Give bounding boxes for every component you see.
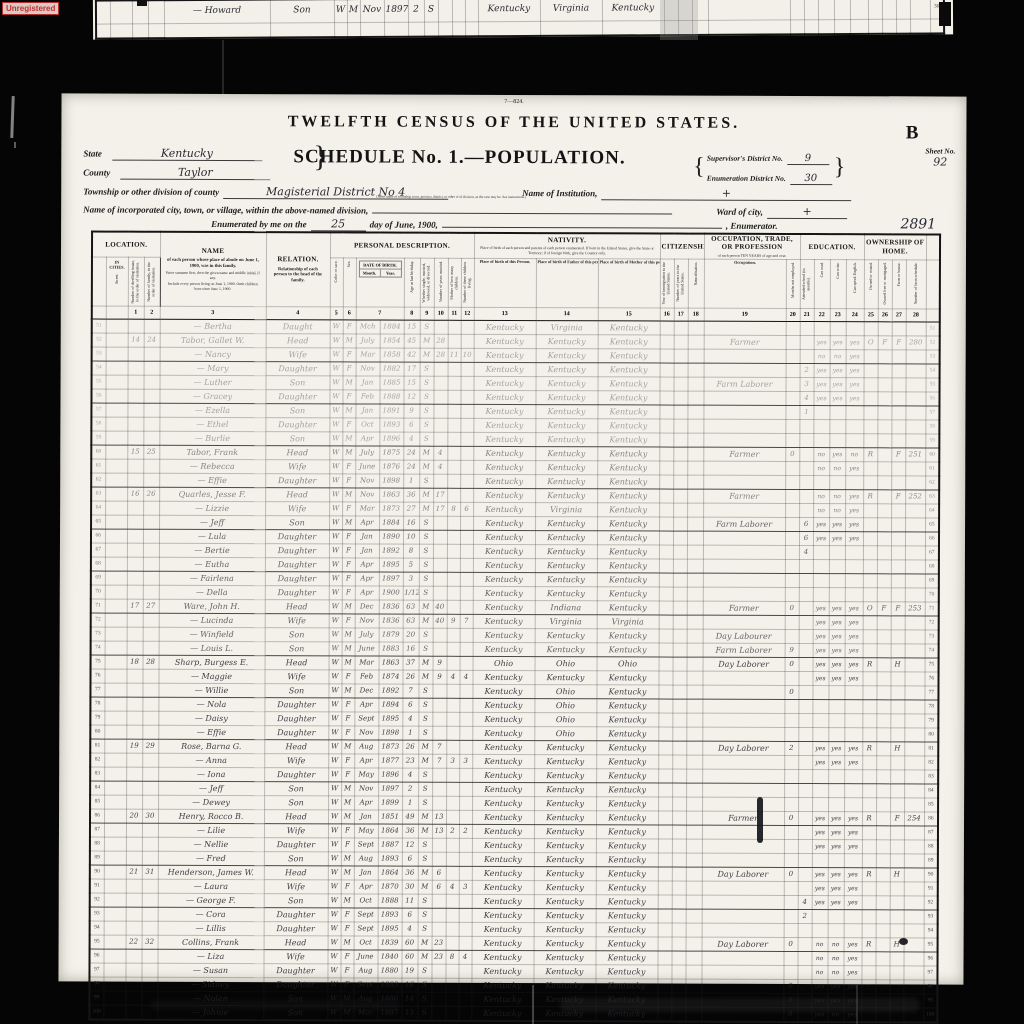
cell (672, 797, 686, 811)
cell: 40 (433, 614, 447, 628)
cell: Daughter (264, 697, 328, 711)
cell: — Lillis (158, 921, 264, 935)
cell (460, 488, 473, 502)
cell: F (341, 697, 354, 711)
cell (798, 839, 812, 853)
cell (688, 349, 704, 363)
sheet-box: Sheet No. 92 (917, 146, 963, 168)
cell: M (347, 0, 360, 22)
cell: F (341, 753, 354, 767)
row-number: 68 (91, 557, 105, 571)
column-header: OWNERSHIP OF HOME. (864, 234, 926, 259)
column-header: RELATION.Relationship of each person to … (266, 232, 330, 306)
row-number: 96 (90, 949, 104, 963)
cell (105, 445, 127, 459)
cell (828, 685, 844, 699)
cell: 5 (403, 558, 419, 572)
row-number: 87 (90, 823, 104, 837)
cell: 30 (142, 809, 158, 823)
cell (672, 881, 686, 895)
column-header: Occupation. (704, 259, 786, 308)
cell: 11 (402, 894, 418, 908)
cell (785, 461, 799, 475)
row-number: 70 (91, 585, 105, 599)
cell (845, 545, 863, 559)
cell: yes (814, 391, 830, 405)
cell: 1882 (380, 362, 404, 376)
cell: IN CITIES. (107, 257, 126, 272)
row-number: 52 (92, 333, 106, 347)
cell (892, 363, 906, 377)
cell: Kentucky (473, 572, 535, 586)
cell (106, 319, 128, 333)
cell: Kentucky (536, 334, 598, 348)
cell: Kentucky (472, 740, 534, 754)
cell (878, 349, 892, 363)
cell (876, 867, 890, 881)
cell (424, 22, 438, 37)
cell (433, 404, 447, 418)
cell: Kentucky (598, 362, 660, 376)
cell (863, 419, 877, 433)
cell (687, 419, 703, 433)
cell (148, 23, 164, 38)
column-number: 27 (892, 308, 906, 321)
cell: yes (812, 881, 828, 895)
row-number: 51 (926, 321, 940, 335)
cell: Kentucky (533, 978, 595, 992)
cell: 9 (433, 656, 447, 670)
cell: M (418, 810, 432, 824)
row-number: 90 (924, 867, 938, 881)
cell (433, 544, 447, 558)
cell (459, 684, 472, 698)
column-header: Number of years married. (434, 258, 448, 307)
cell: Farmer (703, 447, 785, 461)
cell: yes (844, 895, 862, 909)
cell (657, 979, 671, 993)
cell (674, 349, 688, 363)
cell (799, 629, 813, 643)
cell: Kentucky (473, 460, 535, 474)
cell: W (329, 655, 342, 669)
cell (446, 712, 459, 726)
sheet-value: 92 (917, 155, 963, 168)
cell (702, 909, 784, 923)
cell (798, 825, 812, 839)
cell: W (329, 627, 342, 641)
cell (105, 571, 127, 585)
row-number: 66 (925, 531, 939, 545)
cell: yes (814, 363, 830, 377)
cell (862, 713, 876, 727)
cell: 1840 (378, 950, 402, 964)
cell: July (356, 333, 380, 347)
cell (800, 321, 814, 335)
cell (687, 545, 703, 559)
cell (798, 685, 812, 699)
cell: O (864, 335, 878, 349)
cell (862, 755, 876, 769)
cell (143, 389, 159, 403)
cell: W (330, 333, 343, 347)
cell: Kentucky (471, 964, 533, 978)
cell (891, 405, 905, 419)
row-number: 93 (90, 907, 104, 921)
cell: Oct (354, 893, 378, 907)
enumerated-mid-label: day of June, 1900, (370, 219, 438, 229)
cell (812, 685, 828, 699)
cell: 45 (404, 334, 420, 348)
cell: 42 (404, 348, 420, 362)
cell: 1895 (379, 558, 403, 572)
cell: Kentucky (473, 614, 535, 628)
cell (862, 783, 876, 797)
cell (708, 19, 790, 34)
cell: 14 (128, 333, 144, 347)
cell: S (419, 474, 433, 488)
cell (702, 685, 784, 699)
cell: Kentucky (596, 684, 658, 698)
cell: 24 (144, 333, 160, 347)
cell: Kentucky (472, 712, 534, 726)
cell (104, 739, 126, 753)
cell (104, 935, 126, 949)
cell: Attended school (in months). (802, 262, 811, 306)
cell: W (330, 347, 343, 361)
cell: yes (844, 937, 862, 951)
cell (877, 461, 891, 475)
cell (844, 713, 862, 727)
cell: EDUCATION. (802, 243, 863, 252)
cell (126, 823, 142, 837)
cell: yes (814, 377, 830, 391)
cell: 6 (460, 502, 473, 516)
cell: M (342, 599, 355, 613)
column-header: Number of family, in the order of visita… (144, 257, 160, 306)
cell: Kentucky (535, 586, 597, 600)
cell: Kentucky (535, 488, 597, 502)
cell: — Luther (160, 375, 266, 389)
cell (104, 781, 126, 795)
column-number: 9 (420, 307, 434, 320)
cell: W (328, 935, 341, 949)
cell (828, 853, 844, 867)
cell (892, 349, 906, 363)
county-label: County (83, 167, 110, 177)
cell: 2 (800, 363, 814, 377)
cell: W (329, 641, 342, 655)
cell (687, 475, 703, 489)
cell: Kentucky (534, 866, 596, 880)
cell: 16 (127, 487, 143, 501)
column-number: 19 (704, 308, 786, 321)
column-number: 8 (404, 307, 420, 320)
cell: 1851 (378, 810, 402, 824)
enumerated-day: 25 (311, 217, 366, 231)
cell: 4 (402, 922, 418, 936)
cell (126, 949, 142, 963)
cell (105, 431, 127, 445)
cell: F (341, 823, 354, 837)
cell: Wife (266, 347, 330, 361)
cell (905, 587, 925, 601)
cell (784, 797, 798, 811)
cell (686, 909, 702, 923)
top-strip-previous-sheet: — HowardSonWMNov18972SKentuckyVirginiaKe… (93, 0, 953, 39)
column-header: Months not employed. (786, 259, 800, 308)
cell: 2 (798, 909, 812, 923)
cell: Kentucky (473, 642, 535, 656)
row-number: 89 (90, 851, 104, 865)
row-number: 91 (90, 879, 104, 893)
cell: 6 (432, 866, 446, 880)
cell: Feb (355, 389, 379, 403)
column-header: Can write. (830, 259, 846, 308)
cell: Street. (115, 274, 120, 284)
cell (460, 404, 473, 418)
cell: Daught (266, 319, 330, 333)
cell: 280 (906, 335, 926, 349)
cell (904, 727, 924, 741)
cell (659, 405, 673, 419)
cell (818, 19, 834, 34)
cell: 2 (784, 741, 798, 755)
cell (672, 727, 686, 741)
cell: Kentucky (471, 978, 533, 992)
cell (797, 979, 811, 993)
cell (818, 0, 834, 19)
cell (127, 557, 143, 571)
cell (144, 347, 160, 361)
cell: Kentucky (534, 768, 596, 782)
cell (447, 446, 460, 460)
row-number: 61 (925, 461, 939, 475)
cell (105, 389, 127, 403)
column-header: Color or race. (330, 257, 343, 306)
cell (876, 755, 890, 769)
cell (904, 699, 924, 713)
cell: W (328, 753, 341, 767)
cell: M (420, 348, 434, 362)
cell (461, 334, 474, 348)
cell: June (355, 641, 379, 655)
cell (143, 473, 159, 487)
cell: Son (264, 795, 328, 809)
cell (905, 503, 925, 517)
cell: Kentucky (534, 936, 596, 950)
cell (446, 796, 459, 810)
cell (144, 319, 160, 333)
cell: Owned free or mortgaged. (883, 262, 888, 304)
cell: Kentucky (473, 418, 535, 432)
cell (834, 0, 850, 19)
cell: 1893 (378, 908, 402, 922)
cell: Kentucky (597, 530, 659, 544)
cell (786, 363, 800, 377)
cell (127, 613, 143, 627)
cell: F (341, 767, 354, 781)
cell (687, 531, 703, 545)
cell (905, 615, 925, 629)
cell (891, 573, 905, 587)
cell (828, 713, 844, 727)
cell (905, 461, 925, 475)
cell (447, 460, 460, 474)
cell (142, 823, 158, 837)
cell (877, 573, 891, 587)
cell: Son (265, 431, 329, 445)
cell (863, 461, 877, 475)
cell: Virginia (536, 320, 598, 334)
cell (447, 418, 460, 432)
cell (891, 433, 905, 447)
cell: — Mary (160, 361, 266, 375)
cell: 3 (800, 377, 814, 391)
cell: Daughter (265, 557, 329, 571)
cell: M (341, 865, 354, 879)
cell: — Lula (159, 529, 265, 543)
cell: Son (266, 375, 330, 389)
cell (862, 909, 876, 923)
row-number: 90 (90, 865, 104, 879)
cell: R (862, 741, 876, 755)
cell: H (890, 741, 904, 755)
cell (784, 699, 798, 713)
cell: Kentucky (536, 362, 598, 376)
form-number: 7—824. (62, 97, 967, 106)
row-number: 56 (91, 389, 105, 403)
cell: Color or race. (334, 260, 339, 282)
cell (812, 699, 828, 713)
cell: Kentucky (471, 1006, 533, 1021)
cell: 253 (905, 601, 925, 615)
cell (830, 321, 846, 335)
cell (863, 475, 877, 489)
cell: yes (844, 811, 862, 825)
cell (660, 335, 674, 349)
cell: W (329, 403, 342, 417)
row-number: 51 (92, 319, 106, 333)
cell: yes (830, 377, 846, 391)
cell: yes (828, 825, 844, 839)
cell: Head (264, 865, 328, 879)
cell (659, 531, 673, 545)
cell: yes (846, 335, 864, 349)
column-header (926, 259, 940, 308)
cell: 1863 (379, 656, 403, 670)
cell: Kentucky (473, 404, 535, 418)
cell: F (341, 669, 354, 683)
cell (104, 795, 126, 809)
cell: 22 (126, 935, 142, 949)
cell (875, 979, 889, 993)
cell: W (328, 767, 341, 781)
cell: 1870 (378, 880, 402, 894)
cell: Kentucky (471, 992, 533, 1006)
column-number: 16 (660, 308, 674, 321)
cell: Ohio (597, 656, 659, 670)
cell: yes (829, 643, 845, 657)
cell: S (418, 684, 432, 698)
cell (127, 585, 143, 599)
cell: Tabor, Frank (159, 445, 265, 459)
cell (142, 921, 158, 935)
cell (673, 671, 687, 685)
cell: S (424, 0, 438, 22)
cell (659, 517, 673, 531)
cell: NAME (161, 246, 264, 255)
column-number: 25 (864, 308, 878, 321)
cell (672, 699, 686, 713)
cell (863, 517, 877, 531)
cell: Kentucky (472, 936, 534, 950)
cell: 1863 (379, 488, 403, 502)
row-number: 55 (92, 375, 106, 389)
cell: yes (845, 671, 863, 685)
cell: Son (265, 403, 329, 417)
cell (905, 517, 925, 531)
cell (702, 951, 784, 965)
cell: — Anna (158, 753, 264, 767)
cell (672, 839, 686, 853)
cell: S (419, 642, 433, 656)
cell (126, 697, 142, 711)
cell (687, 643, 703, 657)
row-number: 58 (91, 417, 105, 431)
row-number: 86 (90, 809, 104, 823)
cell: Aug (354, 851, 378, 865)
cell (829, 419, 845, 433)
column-number: 18 (688, 308, 704, 321)
cell (142, 683, 158, 697)
cell: 4 (433, 460, 447, 474)
cell (829, 405, 845, 419)
cell (702, 769, 784, 783)
cell (143, 515, 159, 529)
cell: Nov (356, 361, 380, 375)
cell (864, 321, 878, 335)
cell (127, 529, 143, 543)
cell (784, 713, 798, 727)
cell (863, 615, 877, 629)
cell (905, 545, 925, 559)
cell: F (340, 963, 353, 977)
row-number: 55 (926, 377, 940, 391)
cell: Day Laborer (702, 937, 784, 951)
cell (452, 0, 465, 21)
cell: Kentucky (472, 754, 534, 768)
cell: 254 (904, 811, 924, 825)
cell (672, 853, 686, 867)
cell (659, 615, 673, 629)
cell: of each person TEN YEARS of age and over… (705, 253, 798, 258)
cell (863, 545, 877, 559)
column-number: 10 (434, 307, 448, 320)
cell (784, 881, 798, 895)
cell: Kentucky (472, 908, 534, 922)
cell (890, 797, 904, 811)
cell: 8 (403, 544, 419, 558)
cell: of each person whose place of abode on J… (161, 257, 264, 269)
cell: 63 (403, 614, 419, 628)
cell: Can read. (820, 262, 825, 277)
cell (446, 922, 459, 936)
cell: OWNERSHIP OF HOME. (866, 239, 925, 256)
cell (672, 923, 686, 937)
column-header: Year of immigration to the United States… (660, 259, 674, 308)
cell (876, 909, 890, 923)
